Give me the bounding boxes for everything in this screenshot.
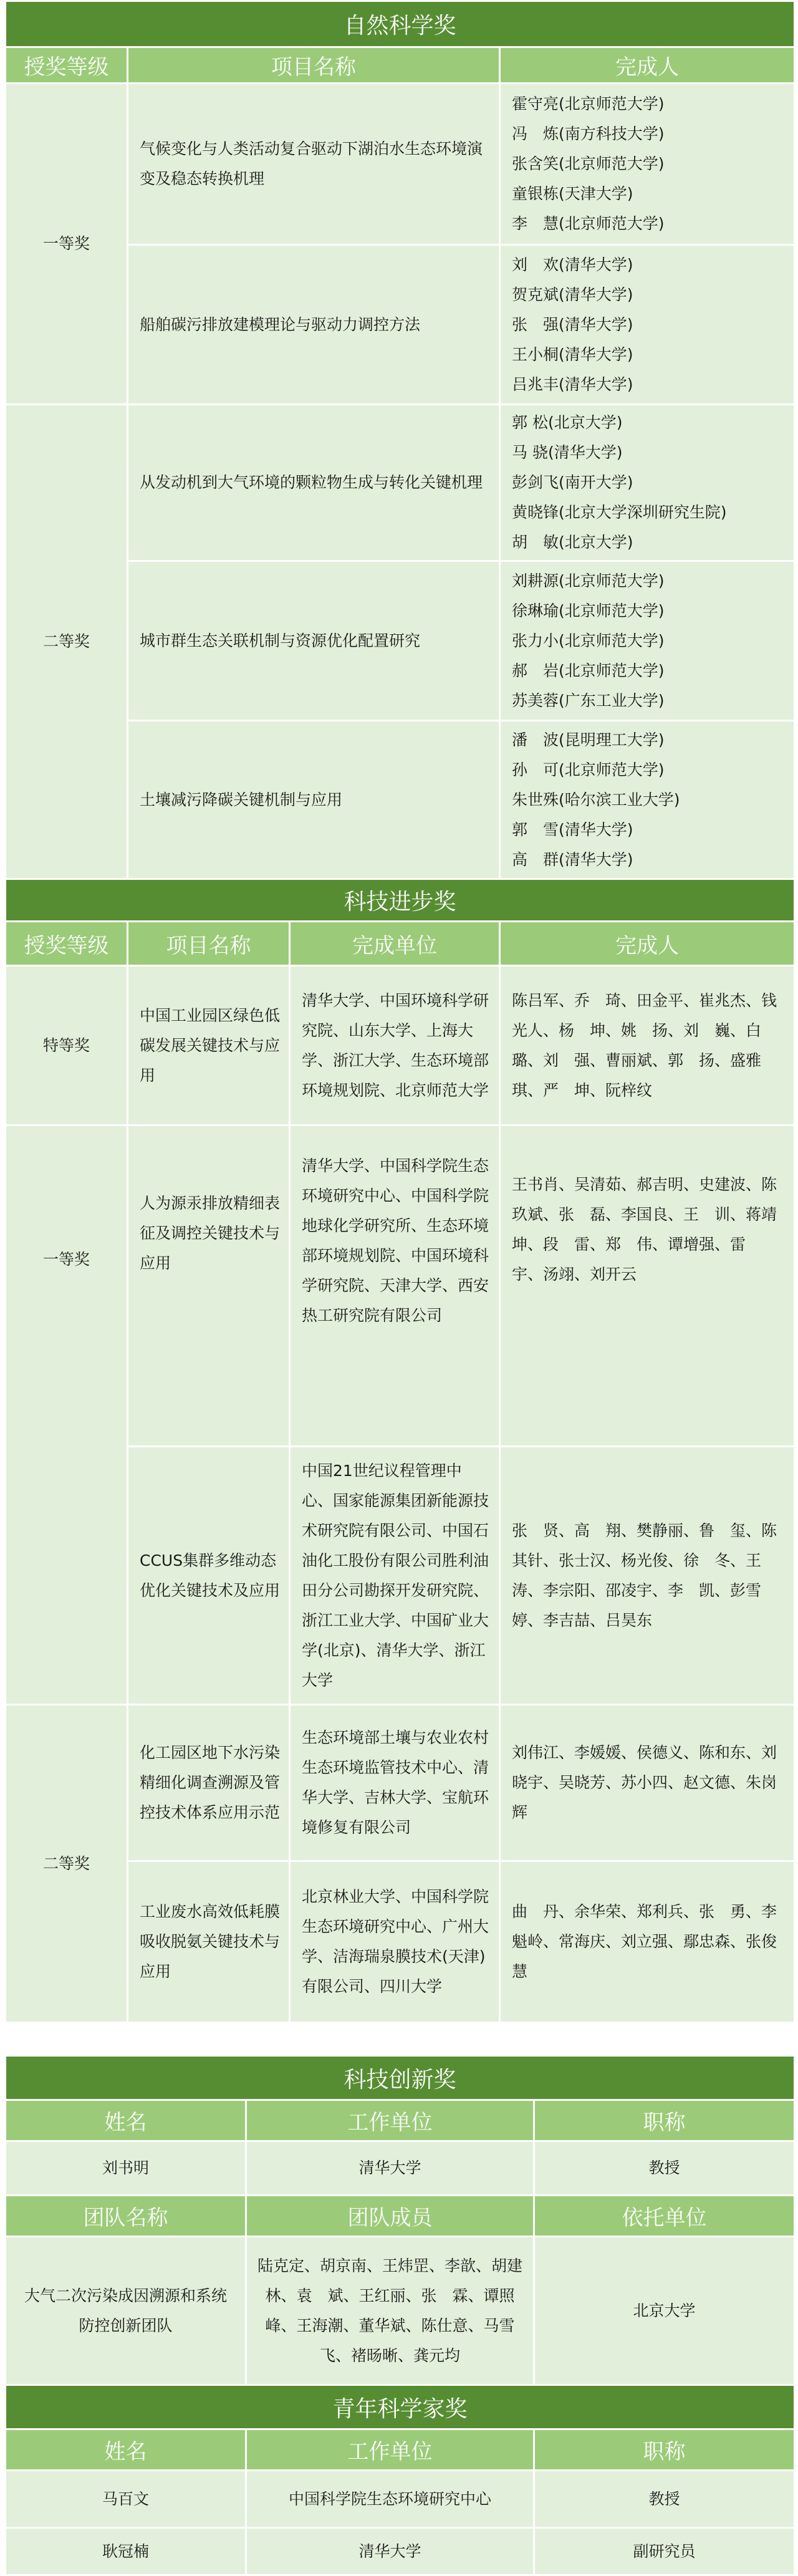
column-header-people: 完成人 bbox=[500, 47, 795, 84]
person: 冯 炼(南方科技大学) bbox=[512, 119, 786, 149]
project-name: 城市群生态关联机制与资源优化配置研究 bbox=[128, 561, 500, 721]
people-list: 陈吕军、乔 琦、田金平、崔兆杰、钱光人、杨 坤、姚 扬、刘 巍、白 璐、刘 强、… bbox=[500, 966, 795, 1126]
tech-innovation-section: 科技创新奖 姓名 工作单位 职称 刘书明 清华大学 教授 团队名称 团队成员 依… bbox=[4, 2055, 794, 2386]
table-row: 一等奖 人为源汞排放精细表征及调控关键技术与应用 清华大学、中国科学院生态环境研… bbox=[6, 1126, 795, 1447]
person: 郭 松(北京大学) bbox=[512, 408, 786, 438]
table-row: 大气二次污染成因溯源和系统防控创新团队 陆克定、胡京南、王炜罡、李歆、胡建林、袁… bbox=[6, 2237, 795, 2385]
team-members: 陆克定、胡京南、王炜罡、李歆、胡建林、袁 斌、王红丽、张 霖、谭照峰、王海潮、董… bbox=[246, 2237, 534, 2385]
person: 苏美蓉(广东工业大学) bbox=[512, 686, 786, 716]
completing-units: 清华大学、中国环境科学研究院、山东大学、上海大学、浙江大学、生态环境部环境规划院… bbox=[290, 966, 500, 1126]
completing-units: 清华大学、中国科学院生态环境研究中心、中国科学院地球化学研究所、生态环境部环境规… bbox=[290, 1126, 500, 1447]
job-title: 副研究员 bbox=[534, 2528, 795, 2575]
column-header-people: 完成人 bbox=[500, 922, 795, 966]
people-list: 王书肖、吴清茹、郝吉明、史建波、陈玖斌、张 磊、李国良、王 训、蒋靖坤、段 雷、… bbox=[500, 1126, 795, 1447]
project-name: 中国工业园区绿色低碳发展关键技术与应用 bbox=[128, 966, 290, 1126]
section-title: 科技进步奖 bbox=[6, 879, 795, 922]
person: 李 慧(北京师范大学) bbox=[512, 209, 786, 239]
table-row: 特等奖 中国工业园区绿色低碳发展关键技术与应用 清华大学、中国环境科学研究院、山… bbox=[6, 966, 795, 1126]
host-unit: 北京大学 bbox=[534, 2237, 795, 2385]
natural-science-section: 自然科学奖 授奖等级 项目名称 完成人 一等奖 气候变化与人类活动复合驱动下湖泊… bbox=[4, 0, 794, 880]
column-header-unit: 工作单位 bbox=[246, 2100, 534, 2141]
completing-units: 中国21世纪议程管理中心、国家能源集团新能源技术研究院有限公司、中国石油化工股份… bbox=[290, 1447, 500, 1705]
person: 高 群(清华大学) bbox=[512, 845, 786, 875]
person: 霍守亮(北京师范大学) bbox=[512, 89, 786, 119]
people-list: 刘 欢(清华大学) 贺克斌(清华大学) 张 强(清华大学) 王小桐(清华大学) … bbox=[500, 245, 795, 405]
column-header-name: 姓名 bbox=[6, 2100, 246, 2141]
project-name: 化工园区地下水污染精细化调查溯源及管控技术体系应用示范 bbox=[128, 1705, 290, 1861]
project-name: CCUS集群多维动态优化关键技术及应用 bbox=[128, 1447, 290, 1705]
column-header-level: 授奖等级 bbox=[6, 47, 128, 84]
job-title: 教授 bbox=[534, 2471, 795, 2528]
people-list: 张 贤、高 翔、樊静丽、鲁 玺、陈其针、张士汉、杨光俊、徐 冬、王 涛、李宗阳、… bbox=[500, 1447, 795, 1705]
award-level: 一等奖 bbox=[6, 84, 128, 405]
person: 徐琳瑜(北京师范大学) bbox=[512, 596, 786, 626]
award-level: 一等奖 bbox=[6, 1126, 128, 1705]
job-title: 教授 bbox=[534, 2141, 795, 2196]
natural-science-table: 自然科学奖 授奖等级 项目名称 完成人 一等奖 气候变化与人类活动复合驱动下湖泊… bbox=[4, 0, 796, 880]
table-row: 二等奖 从发动机到大气环境的颗粒物生成与转化关键机理 郭 松(北京大学) 马 骁… bbox=[6, 405, 795, 561]
person: 马 骁(清华大学) bbox=[512, 438, 786, 468]
section-title: 自然科学奖 bbox=[6, 1, 795, 47]
table-row: 二等奖 化工园区地下水污染精细化调查溯源及管控技术体系应用示范 生态环境部土壤与… bbox=[6, 1705, 795, 1861]
team-name: 大气二次污染成因溯源和系统防控创新团队 bbox=[6, 2237, 246, 2385]
people-list: 曲 丹、余华荣、郑利兵、张 勇、李魁岭、常海庆、刘立强、鄢忠森、张俊慧 bbox=[500, 1861, 795, 2023]
work-unit: 中国科学院生态环境研究中心 bbox=[246, 2471, 534, 2528]
table-row: 一等奖 气候变化与人类活动复合驱动下湖泊水生态环境演变及稳态转换机理 霍守亮(北… bbox=[6, 84, 795, 245]
column-header-project: 项目名称 bbox=[128, 47, 500, 84]
column-header-host-unit: 依托单位 bbox=[534, 2196, 795, 2237]
people-list: 刘伟江、李媛媛、侯德义、陈和东、刘晓宇、吴晓芳、苏小四、赵文德、朱岗辉 bbox=[500, 1705, 795, 1861]
person: 刘耕源(北京师范大学) bbox=[512, 566, 786, 596]
person-name: 耿冠楠 bbox=[6, 2528, 246, 2575]
person: 朱世殊(哈尔滨工业大学) bbox=[512, 785, 786, 815]
column-header-team-name: 团队名称 bbox=[6, 2196, 246, 2237]
section-title: 科技创新奖 bbox=[6, 2056, 795, 2100]
award-level: 特等奖 bbox=[6, 966, 128, 1126]
table-row: 刘书明 清华大学 教授 bbox=[6, 2141, 795, 2196]
people-list: 潘 波(昆明理工大学) 孙 可(北京师范大学) 朱世殊(哈尔滨工业大学) 郭 雪… bbox=[500, 721, 795, 879]
section-title: 青年科学家奖 bbox=[6, 2385, 795, 2429]
table-row: 耿冠楠 清华大学 副研究员 bbox=[6, 2528, 795, 2575]
tech-progress-section: 科技进步奖 授奖等级 项目名称 完成单位 完成人 特等奖 中国工业园区绿色低碳发… bbox=[4, 878, 794, 2024]
person: 张含笑(北京师范大学) bbox=[512, 149, 786, 179]
person: 吕兆丰(清华大学) bbox=[512, 370, 786, 400]
person: 彭剑飞(南开大学) bbox=[512, 468, 786, 498]
column-header-level: 授奖等级 bbox=[6, 922, 128, 966]
people-list: 刘耕源(北京师范大学) 徐琳瑜(北京师范大学) 张力小(北京师范大学) 郝 岩(… bbox=[500, 561, 795, 721]
project-name: 人为源汞排放精细表征及调控关键技术与应用 bbox=[128, 1126, 290, 1447]
person: 郭 雪(清华大学) bbox=[512, 815, 786, 845]
column-header-title: 职称 bbox=[534, 2100, 795, 2141]
column-header-name: 姓名 bbox=[6, 2429, 246, 2471]
person: 张 强(清华大学) bbox=[512, 310, 786, 340]
project-name: 工业废水高效低耗膜吸收脱氨关键技术与应用 bbox=[128, 1861, 290, 2023]
person: 贺克斌(清华大学) bbox=[512, 280, 786, 310]
award-level: 二等奖 bbox=[6, 405, 128, 879]
project-name: 土壤减污降碳关键机制与应用 bbox=[128, 721, 500, 879]
award-level: 二等奖 bbox=[6, 1705, 128, 2023]
work-unit: 清华大学 bbox=[246, 2528, 534, 2575]
work-unit: 清华大学 bbox=[246, 2141, 534, 2196]
person: 黄晓锋(北京大学深圳研究生院) bbox=[512, 498, 786, 528]
project-name: 船舶碳污排放建模理论与驱动力调控方法 bbox=[128, 245, 500, 405]
person: 潘 波(昆明理工大学) bbox=[512, 725, 786, 755]
column-header-project: 项目名称 bbox=[128, 922, 290, 966]
person: 张力小(北京师范大学) bbox=[512, 626, 786, 656]
person: 王小桐(清华大学) bbox=[512, 340, 786, 370]
completing-units: 生态环境部土壤与农业农村生态环境监管技术中心、清华大学、吉林大学、宝航环境修复有… bbox=[290, 1705, 500, 1861]
person: 刘 欢(清华大学) bbox=[512, 250, 786, 280]
table-row: 马百文 中国科学院生态环境研究中心 教授 bbox=[6, 2471, 795, 2528]
column-header-team-members: 团队成员 bbox=[246, 2196, 534, 2237]
person: 童银栋(天津大学) bbox=[512, 179, 786, 209]
column-header-units: 完成单位 bbox=[290, 922, 500, 966]
tech-innovation-table: 科技创新奖 姓名 工作单位 职称 刘书明 清华大学 教授 团队名称 团队成员 依… bbox=[4, 2055, 796, 2386]
people-list: 霍守亮(北京师范大学) 冯 炼(南方科技大学) 张含笑(北京师范大学) 童银栋(… bbox=[500, 84, 795, 245]
young-scientist-section: 青年科学家奖 姓名 工作单位 职称 马百文 中国科学院生态环境研究中心 教授 耿… bbox=[4, 2384, 794, 2576]
completing-units: 北京林业大学、中国科学院生态环境研究中心、广州大学、洁海瑞泉膜技术(天津)有限公… bbox=[290, 1861, 500, 2023]
column-header-title: 职称 bbox=[534, 2429, 795, 2471]
person: 胡 敏(北京大学) bbox=[512, 528, 786, 557]
person-name: 马百文 bbox=[6, 2471, 246, 2528]
project-name: 气候变化与人类活动复合驱动下湖泊水生态环境演变及稳态转换机理 bbox=[128, 84, 500, 245]
person-name: 刘书明 bbox=[6, 2141, 246, 2196]
project-name: 从发动机到大气环境的颗粒物生成与转化关键机理 bbox=[128, 405, 500, 561]
young-scientist-table: 青年科学家奖 姓名 工作单位 职称 马百文 中国科学院生态环境研究中心 教授 耿… bbox=[4, 2384, 796, 2576]
person: 孙 可(北京师范大学) bbox=[512, 755, 786, 785]
tech-progress-table: 科技进步奖 授奖等级 项目名称 完成单位 完成人 特等奖 中国工业园区绿色低碳发… bbox=[4, 878, 796, 2024]
column-header-unit: 工作单位 bbox=[246, 2429, 534, 2471]
people-list: 郭 松(北京大学) 马 骁(清华大学) 彭剑飞(南开大学) 黄晓锋(北京大学深圳… bbox=[500, 405, 795, 561]
person: 郝 岩(北京师范大学) bbox=[512, 656, 786, 686]
